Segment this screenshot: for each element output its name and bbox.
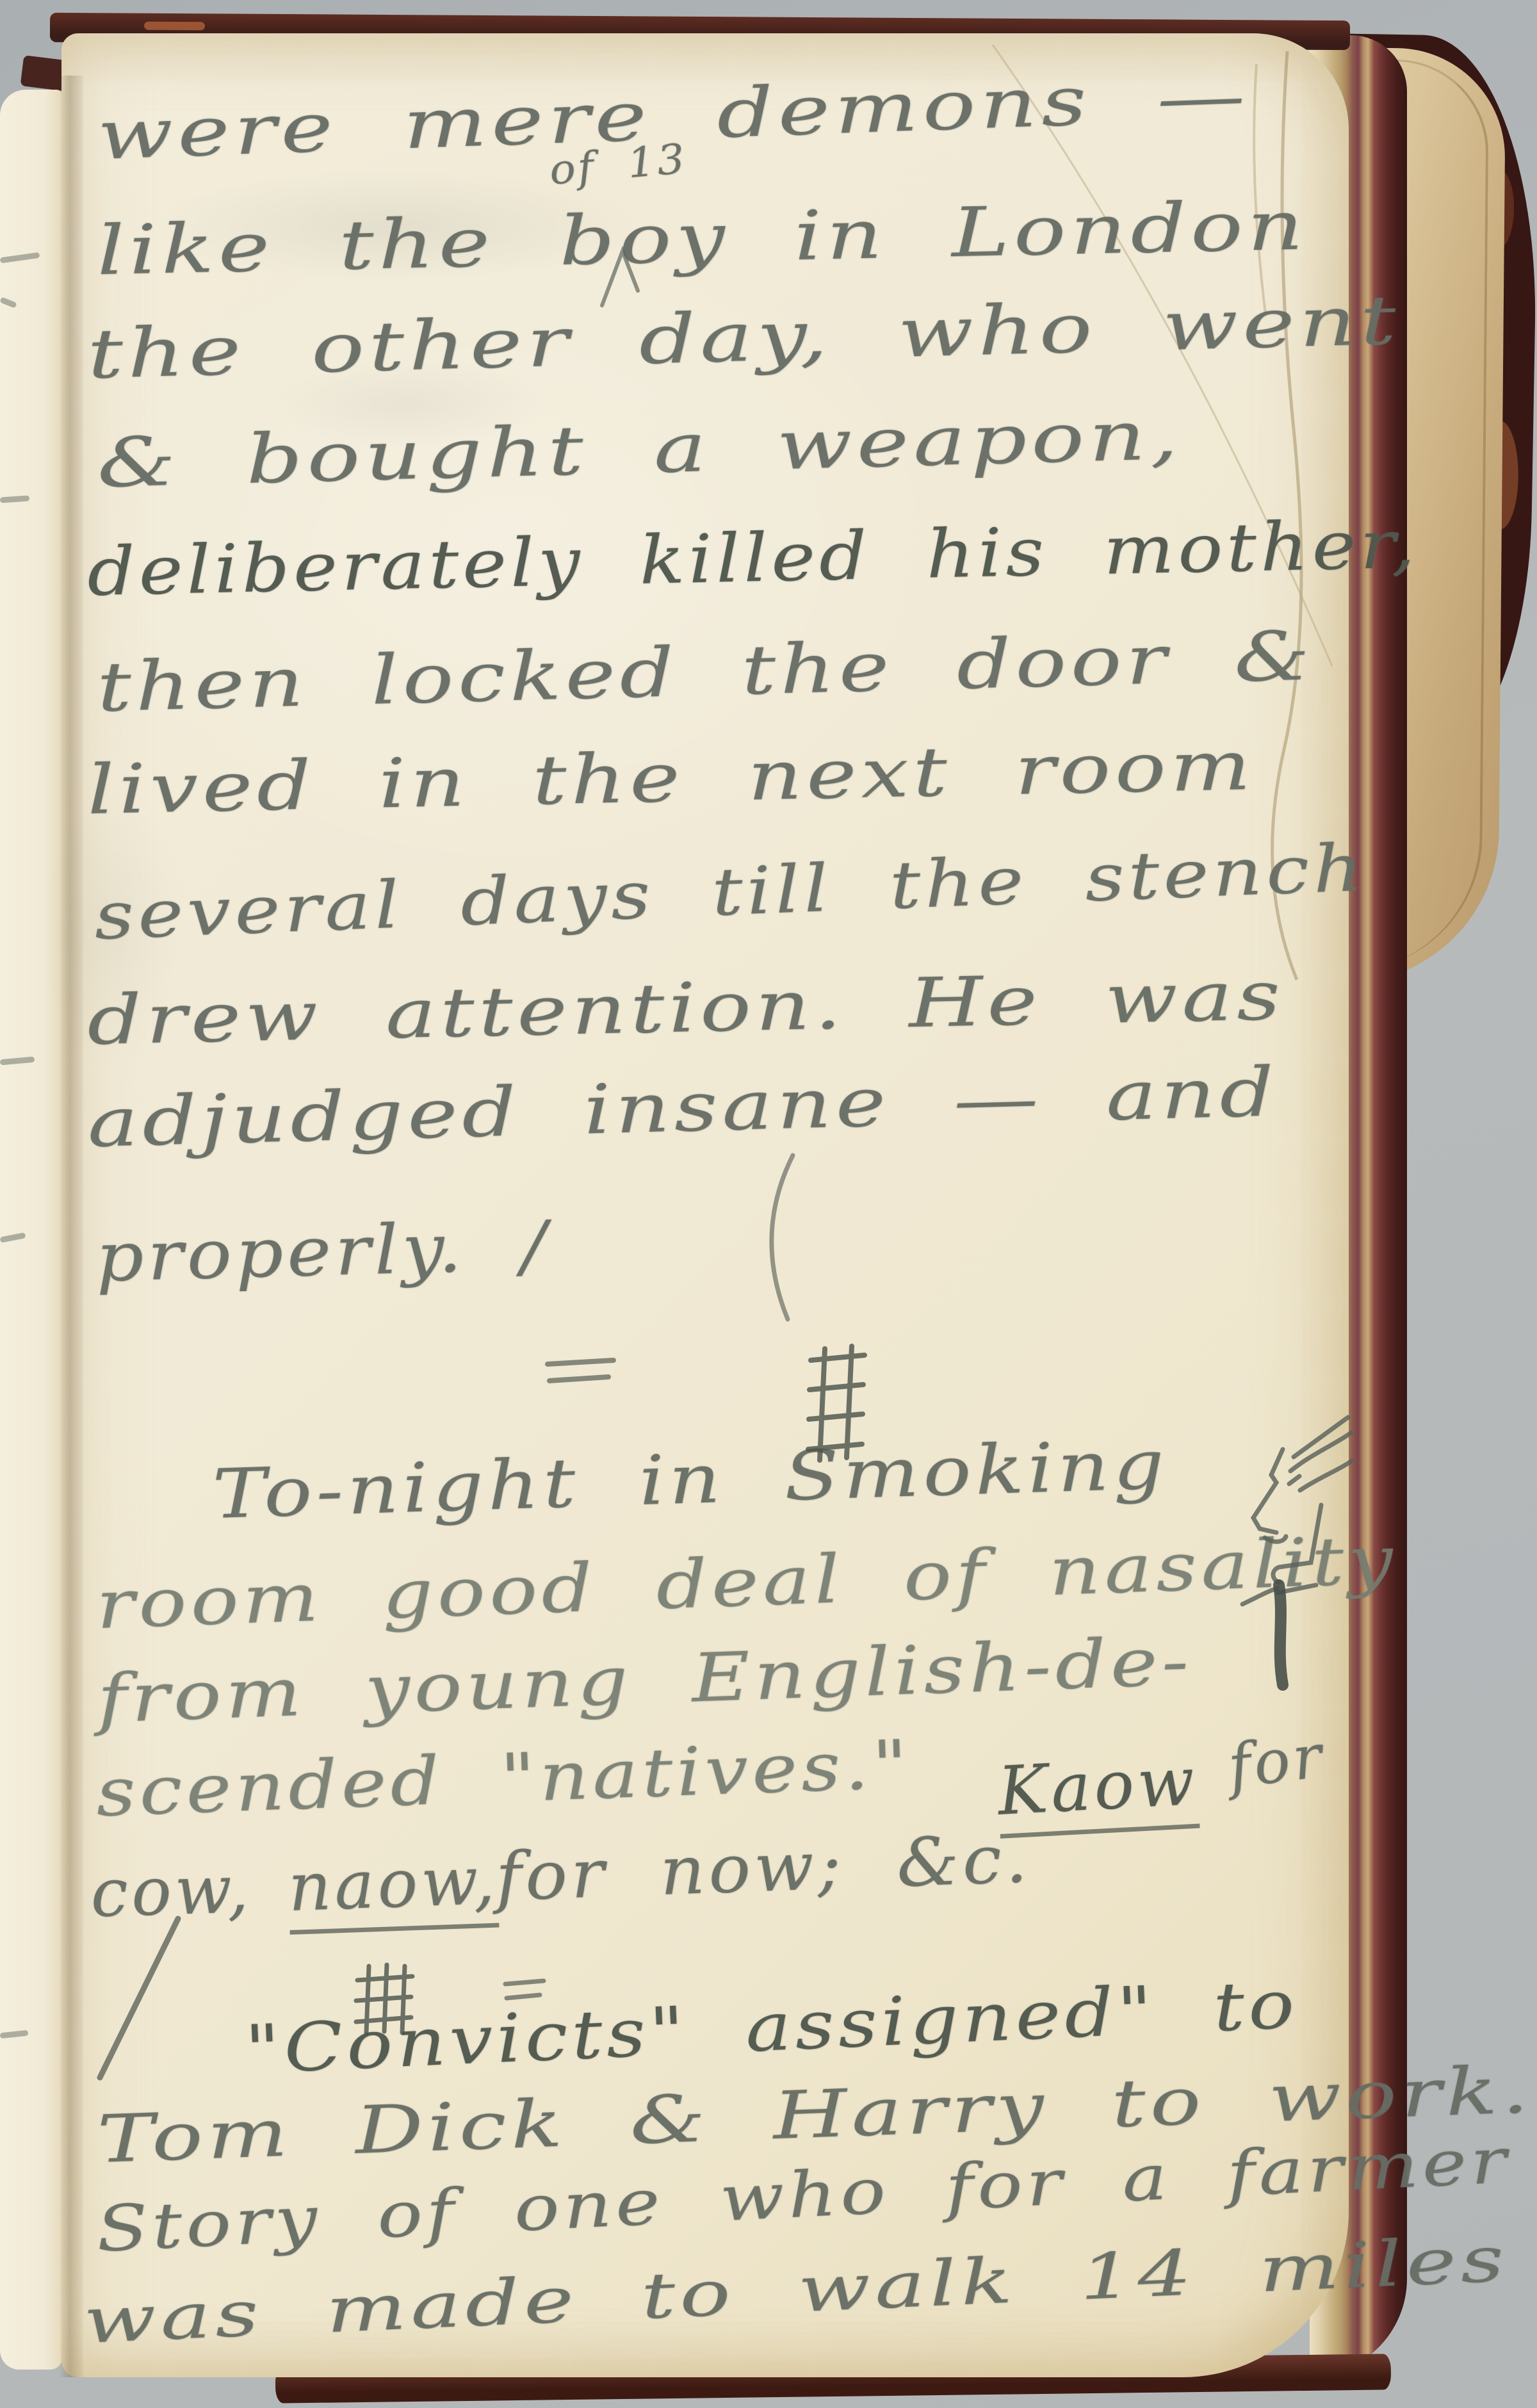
equals-separator-mark-2 [503, 1978, 548, 2005]
handwriting-naow-underlined: naow, [287, 1841, 500, 1935]
insertion-caret-mark [596, 245, 647, 312]
equals-separator-mark [544, 1356, 618, 1388]
hash-grid-doodle [351, 1961, 418, 2039]
face-profile-doodle [1214, 1393, 1361, 1694]
paren-stroke-mark [748, 1151, 806, 1324]
handwriting-line-15c: for [1224, 1721, 1329, 1803]
gutter-shadow [59, 76, 83, 2377]
notebook-photo: were mere demons — of 13 like the boy in… [0, 0, 1537, 2408]
slash-stroke-mark [88, 1914, 191, 2083]
handwriting-line-11: properly. / [95, 1206, 551, 1297]
cover-top-highlight [144, 22, 205, 31]
ladder-grid-doodle [806, 1344, 870, 1465]
facing-page-sliver [0, 90, 63, 2370]
